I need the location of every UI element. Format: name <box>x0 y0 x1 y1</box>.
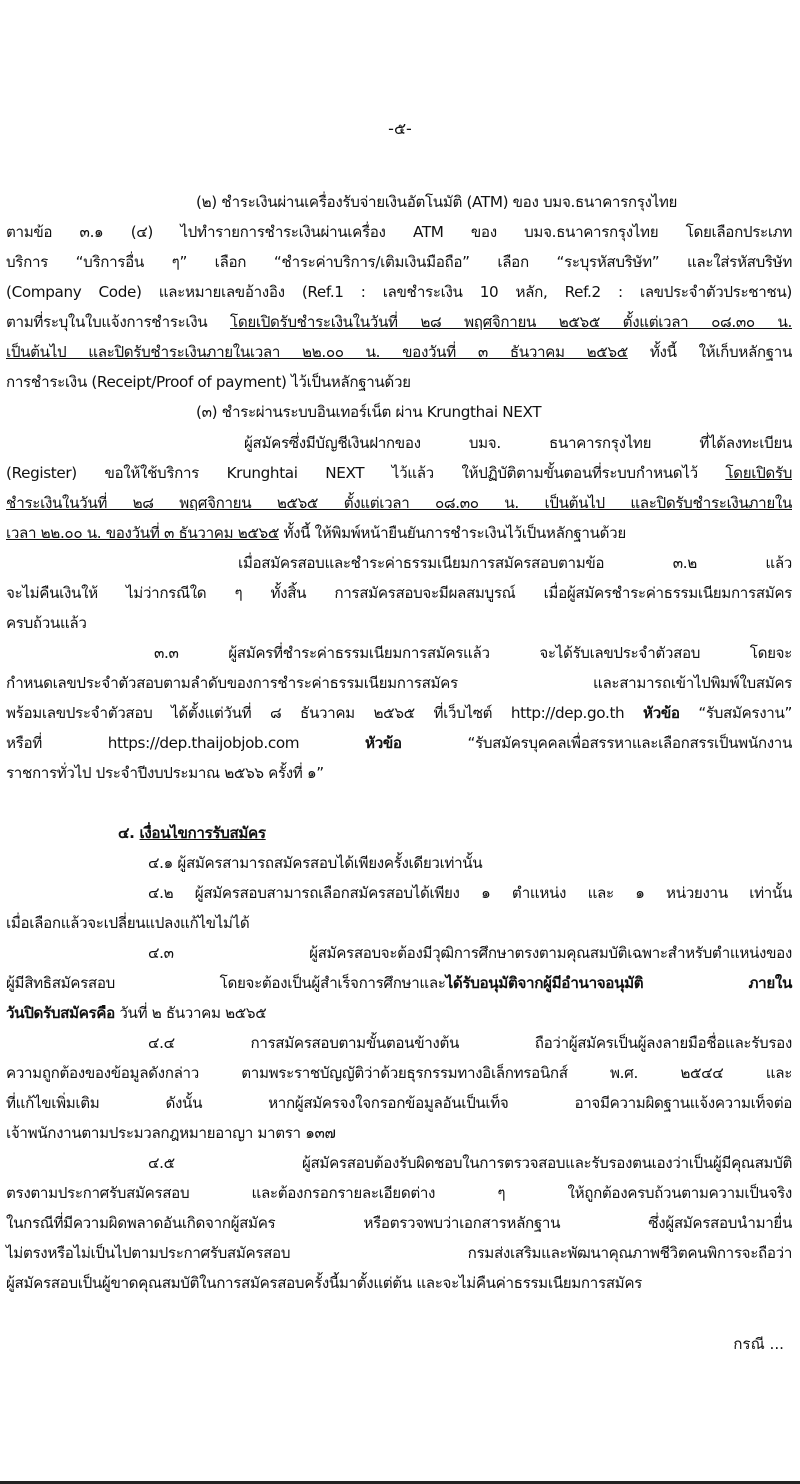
text-segment: ตรงตามประกาศรับสมัครสอบ และต้องกรอกรายละ… <box>6 1184 792 1202</box>
text-line: ชำระเงินในวันที่ ๒๘ พฤศจิกายน ๒๕๖๕ ตั้งแ… <box>6 493 792 513</box>
text-segment: เป็นต้นไป และปิดรับชำระเงินภายในเวลา ๒๒.… <box>6 343 628 361</box>
text-segment: (๒) ชำระเงินผ่านเครื่องรับจ่ายเงินอัตโนม… <box>196 193 677 211</box>
text-line: ที่แก้ไขเพิ่มเติม ดังนั้น หากผู้สมัครจงใ… <box>6 1093 792 1113</box>
text-segment: ๓.๓ ผู้สมัครที่ชำระค่าธรรมเนียมการสมัครแ… <box>154 644 792 662</box>
text-segment: ๔. <box>118 824 140 842</box>
text-segment: ชำระเงินในวันที่ ๒๘ พฤศจิกายน ๒๕๖๕ ตั้งแ… <box>6 494 792 512</box>
text-line: เจ้าพนักงานตามประมวลกฎหมายอาญา มาตรา ๑๓๗ <box>6 1123 792 1143</box>
text-segment: เมื่อเลือกแล้วจะเปลี่ยนแปลงแก้ไขไม่ได้ <box>6 914 249 932</box>
text-segment: ตามข้อ ๓.๑ (๔) ไปทำรายการชำระเงินผ่านเคร… <box>6 223 792 241</box>
text-segment: เจ้าพนักงานตามประมวลกฎหมายอาญา มาตรา ๑๓๗ <box>6 1124 336 1142</box>
text-segment: ในกรณีที่มีความผิดพลาดอันเกิดจากผู้สมัคร… <box>6 1214 792 1232</box>
text-line: ๔.๔ การสมัครสอบตามขั้นตอนข้างต้น ถือว่าผ… <box>6 1033 792 1053</box>
text-line: เมื่อสมัครสอบและชำระค่าธรรมเนียมการสมัคร… <box>6 553 792 573</box>
text-segment: จะไม่คืนเงินให้ ไม่ว่ากรณีใด ๆ ทั้งสิ้น … <box>6 584 792 602</box>
text-line: ๔.๑ ผู้สมัครสามารถสมัครสอบได้เพียงครั้งเ… <box>6 853 792 873</box>
text-line: ครบถ้วนแล้ว <box>6 613 792 633</box>
text-line: จะไม่คืนเงินให้ ไม่ว่ากรณีใด ๆ ทั้งสิ้น … <box>6 583 792 603</box>
text-segment: วันปิดรับสมัครคือ <box>6 1004 115 1022</box>
text-line: ผู้สมัครสอบเป็นผู้ขาดคุณสมบัติในการสมัคร… <box>6 1273 792 1293</box>
text-segment: ที่แก้ไขเพิ่มเติม ดังนั้น หากผู้สมัครจงใ… <box>6 1094 792 1112</box>
text-segment: เมื่อสมัครสอบและชำระค่าธรรมเนียมการสมัคร… <box>238 554 792 572</box>
text-segment: ครบถ้วนแล้ว <box>6 614 87 632</box>
text-line: (Company Code) และหมายเลขอ้างอิง (Ref.1 … <box>6 282 792 302</box>
text-segment: (Company Code) และหมายเลขอ้างอิง (Ref.1 … <box>6 283 792 301</box>
text-segment: ทั้งนี้ ให้พิมพ์หน้ายืนยันการชำระเงินไว้… <box>279 524 626 542</box>
text-segment: ความถูกต้องของข้อมูลดังกล่าว ตามพระราชบั… <box>6 1064 792 1082</box>
text-line: บริการ “บริการอื่น ๆ” เลือก “ชำระค่าบริก… <box>6 252 792 272</box>
text-segment: บริการ “บริการอื่น ๆ” เลือก “ชำระค่าบริก… <box>6 253 792 271</box>
text-line: (๒) ชำระเงินผ่านเครื่องรับจ่ายเงินอัตโนม… <box>6 192 792 212</box>
text-segment: ผู้มีสิทธิสมัครสอบ โดยจะต้องเป็นผู้สำเร็… <box>6 974 446 992</box>
text-line: ผู้สมัครซึ่งมีบัญชีเงินฝากของ บมจ. ธนาคา… <box>6 433 792 453</box>
text-segment: ราชการทั่วไป ประจำปีงบประมาณ ๒๕๖๖ ครั้งท… <box>6 764 324 782</box>
text-segment: ทั้งนี้ ให้เก็บหลักฐาน <box>628 343 792 361</box>
text-line: ๔.๒ ผู้สมัครสอบสามารถเลือกสมัครสอบได้เพี… <box>6 883 792 903</box>
text-segment: ไม่ตรงหรือไม่เป็นไปตามประกาศรับสมัครสอบ … <box>6 1244 792 1262</box>
text-segment: หัวข้อ <box>365 734 402 752</box>
text-line: ความถูกต้องของข้อมูลดังกล่าว ตามพระราชบั… <box>6 1063 792 1083</box>
text-segment: กำหนดเลขประจำตัวสอบตามลำดับของการชำระค่า… <box>6 674 792 692</box>
text-segment: ๔.๒ ผู้สมัครสอบสามารถเลือกสมัครสอบได้เพี… <box>148 884 792 902</box>
text-line: หรือที่ https://dep.thaijobjob.com หัวข้… <box>6 733 792 753</box>
text-segment: หัวข้อ <box>643 704 680 722</box>
text-line: ราชการทั่วไป ประจำปีงบประมาณ ๒๕๖๖ ครั้งท… <box>6 763 792 783</box>
text-segment: ๔.๔ การสมัครสอบตามขั้นตอนข้างต้น ถือว่าผ… <box>148 1034 792 1052</box>
text-line: (Register) ขอให้ใช้บริการ Krunghtai NEXT… <box>6 463 792 483</box>
text-line: ตรงตามประกาศรับสมัครสอบ และต้องกรอกรายละ… <box>6 1183 792 1203</box>
page-number: -๕- <box>0 117 800 142</box>
text-line: ๓.๓ ผู้สมัครที่ชำระค่าธรรมเนียมการสมัครแ… <box>6 643 792 663</box>
text-line: ๔. เงื่อนไขการรับสมัคร <box>6 823 792 843</box>
text-segment: โดยเปิดรับ <box>725 464 792 482</box>
text-segment: เงื่อนไขการรับสมัคร <box>140 824 266 842</box>
text-line: (๓) ชำระผ่านระบบอินเทอร์เน็ต ผ่าน Krungt… <box>6 402 792 422</box>
text-line: การชำระเงิน (Receipt/Proof of payment) ไ… <box>6 372 792 392</box>
text-line: ตามที่ระบุในใบแจ้งการชำระเงิน โดยเปิดรับ… <box>6 312 792 332</box>
text-line: พร้อมเลขประจำตัวสอบ ได้ตั้งแต่วันที่ ๘ ธ… <box>6 703 792 723</box>
text-segment: ๔.๕ ผู้สมัครสอบต้องรับผิดชอบในการตรวจสอบ… <box>148 1154 792 1172</box>
text-segment: เวลา ๒๒.๐๐ น. ของวันที่ ๓ ธันวาคม ๒๕๖๕ <box>6 524 279 542</box>
text-line: ตามข้อ ๓.๑ (๔) ไปทำรายการชำระเงินผ่านเคร… <box>6 222 792 242</box>
continuation-marker: กรณี ... <box>733 1332 784 1356</box>
text-line: ๔.๕ ผู้สมัครสอบต้องรับผิดชอบในการตรวจสอบ… <box>6 1153 792 1173</box>
text-segment: (Register) ขอให้ใช้บริการ Krunghtai NEXT… <box>6 464 725 482</box>
text-segment: ผู้สมัครซึ่งมีบัญชีเงินฝากของ บมจ. ธนาคา… <box>244 434 792 452</box>
text-line: ๔.๓ ผู้สมัครสอบจะต้องมีวุฒิการศึกษาตรงตา… <box>6 943 792 963</box>
text-segment: โดยเปิดรับชำระเงินในวันที่ ๒๘ พฤศจิกายน … <box>230 313 792 331</box>
text-segment: การชำระเงิน (Receipt/Proof of payment) ไ… <box>6 373 411 391</box>
text-line: ในกรณีที่มีความผิดพลาดอันเกิดจากผู้สมัคร… <box>6 1213 792 1233</box>
text-segment: (๓) ชำระผ่านระบบอินเทอร์เน็ต ผ่าน Krungt… <box>196 403 541 421</box>
text-segment: ได้รับอนุมัติจากผู้มีอำนาจอนุมัติ ภายใน <box>446 974 792 992</box>
text-segment: วันที่ ๒ ธันวาคม ๒๕๖๕ <box>115 1004 266 1022</box>
text-segment: “รับสมัครบุคคลเพื่อสรรหาและเลือกสรรเป็นพ… <box>402 734 792 752</box>
text-line: เมื่อเลือกแล้วจะเปลี่ยนแปลงแก้ไขไม่ได้ <box>6 913 792 933</box>
text-segment: ตามที่ระบุในใบแจ้งการชำระเงิน <box>6 313 230 331</box>
text-segment: ๔.๑ ผู้สมัครสามารถสมัครสอบได้เพียงครั้งเ… <box>148 854 482 872</box>
text-line: ไม่ตรงหรือไม่เป็นไปตามประกาศรับสมัครสอบ … <box>6 1243 792 1263</box>
text-line: เวลา ๒๒.๐๐ น. ของวันที่ ๓ ธันวาคม ๒๕๖๕ ท… <box>6 523 792 543</box>
text-line: เป็นต้นไป และปิดรับชำระเงินภายในเวลา ๒๒.… <box>6 342 792 362</box>
text-segment: ๔.๓ ผู้สมัครสอบจะต้องมีวุฒิการศึกษาตรงตา… <box>148 944 792 962</box>
text-segment: “รับสมัครงาน” <box>680 704 792 722</box>
text-line: ผู้มีสิทธิสมัครสอบ โดยจะต้องเป็นผู้สำเร็… <box>6 973 792 993</box>
text-segment: ผู้สมัครสอบเป็นผู้ขาดคุณสมบัติในการสมัคร… <box>6 1274 642 1292</box>
text-line: กำหนดเลขประจำตัวสอบตามลำดับของการชำระค่า… <box>6 673 792 693</box>
text-segment: หรือที่ https://dep.thaijobjob.com <box>6 734 365 752</box>
text-line: วันปิดรับสมัครคือ วันที่ ๒ ธันวาคม ๒๕๖๕ <box>6 1003 792 1023</box>
text-segment: พร้อมเลขประจำตัวสอบ ได้ตั้งแต่วันที่ ๘ ธ… <box>6 704 643 722</box>
